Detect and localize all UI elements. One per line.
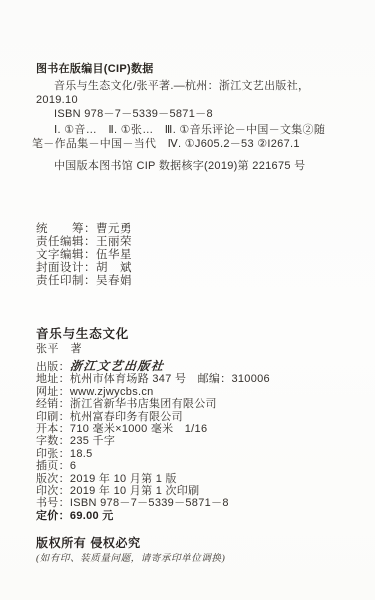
cip-description-line1: 音乐与生态文化/张平著.—杭州：浙江文艺出版社， [36,79,357,93]
staff-label: 统 筹： [36,223,96,235]
publication-details-block: 音乐与生态文化 张平 著 出版：浙江文艺出版社 地址：杭州市体育场路 347 号… [36,326,357,522]
website-url: www.zjwycbs.cn [70,386,154,398]
detail-row-address: 地址：杭州市体育场路 347 号 邮编：310006 [36,373,357,385]
detail-value: 235 千字 [70,435,115,447]
detail-row-isbn: 书号：ISBN 978－7－5339－5871－8 [36,497,357,509]
detail-row-inserts: 插页：6 [36,460,357,472]
detail-row-impression: 印次：2019 年 10 月第 1 次印刷 [36,485,357,497]
detail-row-publisher: 出版：浙江文艺出版社 [36,360,357,373]
detail-row-printer: 印刷：杭州富春印务有限公司 [36,411,357,423]
staff-label: 责任编辑： [36,236,96,248]
staff-label: 责任印制： [36,275,96,287]
detail-label: 字数： [36,435,70,447]
detail-label: 网址： [36,386,70,398]
staff-value: 伍华星 [96,249,132,261]
copyright-notice: 版权所有 侵权必究 [36,536,357,551]
detail-row-distributor: 经销：浙江省新华书店集团有限公司 [36,398,357,410]
staff-value: 胡 斌 [96,262,132,274]
detail-label: 地址： [36,373,70,385]
copyright-notice-block: 版权所有 侵权必究 (如有印、装质量问题，请寄承印单位调换) [36,536,357,566]
detail-label: 版次： [36,473,70,485]
detail-label: 印刷： [36,411,70,423]
staff-label: 封面设计： [36,262,96,274]
book-author: 张平 著 [36,342,357,357]
price-value: 69.00 元 [70,510,114,522]
detail-value: 浙江省新华书店集团有限公司 [70,398,217,410]
detail-label: 书号： [36,497,70,509]
detail-row-website: 网址：www.zjwycbs.cn [36,386,357,398]
detail-label: 出版： [36,361,70,373]
detail-value: 2019 年 10 月第 1 次印刷 [70,485,200,497]
book-title: 音乐与生态文化 [36,326,357,342]
cip-block: 图书在版编目(CIP)数据 音乐与生态文化/张平著.—杭州：浙江文艺出版社， 2… [36,62,357,173]
staff-row-responsible-editor: 责任编辑：王丽荣 [36,236,357,249]
detail-label: 经销： [36,398,70,410]
detail-row-sheets: 印张：18.5 [36,448,357,460]
staff-value: 曹元勇 [96,223,132,235]
staff-credits-block: 统 筹：曹元勇 责任编辑：王丽荣 文字编辑：伍华星 封面设计：胡 斌 责任印制：… [36,223,357,288]
detail-row-price: 定价：69.00 元 [36,510,357,522]
detail-value: 18.5 [70,448,93,460]
detail-label: 印张： [36,448,70,460]
detail-value: 2019 年 10 月第 1 版 [70,473,177,485]
staff-row-print-supervisor: 责任印制：吴春娟 [36,275,357,288]
publisher-logo-script: 浙江文艺出版社 [69,360,165,372]
detail-row-format: 开本：710 毫米×1000 毫米 1/16 [36,423,357,435]
cip-description-line2: 2019.10 [36,93,357,107]
staff-value: 吴春娟 [96,275,132,287]
detail-label: 定价： [36,510,70,522]
cip-header: 图书在版编目(CIP)数据 [36,62,357,76]
detail-row-word-count: 字数：235 千字 [36,435,357,447]
detail-row-edition: 版次：2019 年 10 月第 1 版 [36,473,357,485]
quality-exchange-note: (如有印、装质量问题，请寄承印单位调换) [36,553,357,566]
detail-value: 710 毫米×1000 毫米 1/16 [70,423,207,435]
detail-label: 开本： [36,423,70,435]
detail-value: 6 [70,460,76,472]
cip-isbn-line: ISBN 978－7－5339－5871－8 [36,107,357,121]
staff-row-coordinator: 统 筹：曹元勇 [36,223,357,236]
isbn-value: ISBN 978－7－5339－5871－8 [70,497,229,509]
detail-value: 杭州富春印务有限公司 [70,411,183,423]
cip-classification-line2: 笔－作品集－中国－当代 Ⅳ. ①J605.2－53 ②I267.1 [32,137,357,151]
staff-row-cover-designer: 封面设计：胡 斌 [36,262,357,275]
staff-label: 文字编辑： [36,249,96,261]
detail-label: 印次： [36,485,70,497]
staff-row-text-editor: 文字编辑：伍华星 [36,249,357,262]
copyright-page: 图书在版编目(CIP)数据 音乐与生态文化/张平著.—杭州：浙江文艺出版社， 2… [0,0,375,600]
cip-record-number: 中国版本图书馆 CIP 数据核字(2019)第 221675 号 [36,159,357,173]
detail-label: 插页： [36,460,70,472]
cip-classification-line1: Ⅰ. ①音… Ⅱ. ①张… Ⅲ. ①音乐评论－中国－文集②随 [36,123,357,137]
staff-value: 王丽荣 [96,236,132,248]
detail-value: 杭州市体育场路 347 号 邮编：310006 [70,373,270,385]
